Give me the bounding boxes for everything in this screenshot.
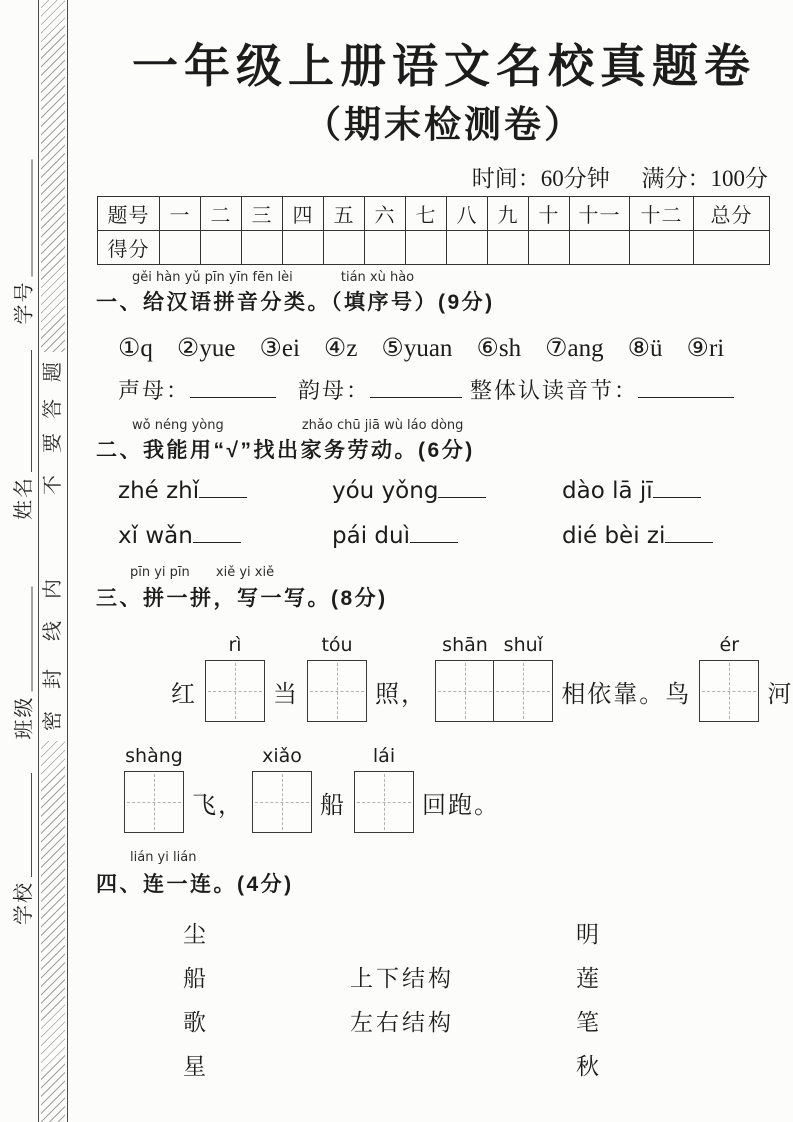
score-cell[interactable] — [630, 231, 694, 265]
score-cell[interactable] — [694, 231, 770, 265]
score-cell[interactable] — [324, 231, 365, 265]
q4-left-ge[interactable]: 歌 — [183, 1004, 209, 1037]
col-header: 十二 — [630, 197, 694, 231]
hatch-pattern-bottom — [41, 741, 65, 1122]
name-line[interactable] — [31, 350, 32, 472]
seal-line-strip: 题 答 要 不 内 线 封 密 — [38, 0, 68, 1122]
option-4: ④z — [324, 333, 358, 363]
table-row-score: 得分 — [98, 231, 770, 265]
exam-meta-line: 时间：60分钟 满分：100分 — [95, 160, 768, 193]
check-blank[interactable] — [665, 528, 713, 543]
option-8: ⑧ü — [628, 333, 663, 363]
class-field: 班级 — [10, 587, 36, 740]
q2-title: 二、我能用“√”找出家务劳动。(6分) — [96, 434, 475, 464]
score-cell[interactable] — [365, 231, 406, 265]
option-9: ⑨ri — [687, 333, 725, 363]
q4-pinyin: lián yi lián — [130, 850, 196, 865]
class-line[interactable] — [32, 587, 33, 692]
q4-right-lian[interactable]: 莲 — [576, 960, 602, 993]
q3-pinyin: pīn yi pīn xiě yi xiě — [130, 565, 274, 580]
option-5: ⑤yuan — [381, 333, 452, 363]
q4-right-ming[interactable]: 明 — [576, 916, 602, 949]
student-id-line[interactable] — [32, 160, 33, 277]
full-score: 满分：100分 — [642, 166, 769, 191]
q2-item-paidui: pái duì — [332, 523, 458, 549]
hanzi-text: 船 — [320, 785, 346, 820]
pinyin-label: rì — [196, 634, 274, 656]
time-limit: 时间：60分钟 — [472, 166, 610, 191]
q2-item-zhezhi: zhé zhǐ — [118, 478, 247, 504]
col-header: 八 — [447, 197, 488, 231]
pinyin-label: xiǎo — [243, 745, 321, 767]
score-cell[interactable] — [488, 231, 529, 265]
writing-box-shan[interactable]: shān — [435, 660, 495, 722]
answer-blank[interactable] — [370, 383, 462, 398]
col-header: 二 — [201, 197, 242, 231]
seal-char: 线 — [42, 617, 64, 645]
col-header: 九 — [488, 197, 529, 231]
q1-pinyin: gěi hàn yǔ pīn yīn fēn lèi tián xù hào — [132, 270, 414, 285]
q4-middle-left-right-structure[interactable]: 左右结构 — [350, 1004, 454, 1037]
option-6: ⑥sh — [476, 333, 521, 363]
q1-blank-finals: 韵母： — [298, 374, 462, 405]
writing-box-shang[interactable]: shàng — [124, 771, 184, 833]
school-line[interactable] — [31, 773, 32, 877]
q1-title: 一、给汉语拼音分类。（填序号）(9分) — [96, 286, 495, 316]
school-field: 学校 — [9, 773, 35, 925]
q2-item-youyong: yóu yǒng — [332, 478, 486, 504]
writing-box-pair: shān shuǐ — [435, 660, 553, 722]
q4-middle-top-bottom-structure[interactable]: 上下结构 — [350, 960, 454, 993]
pinyin-label: tóu — [298, 634, 376, 656]
col-header: 四 — [283, 197, 324, 231]
check-blank[interactable] — [438, 483, 486, 498]
score-cell[interactable] — [160, 231, 201, 265]
score-cell[interactable] — [283, 231, 324, 265]
writing-box-xiao[interactable]: xiǎo — [252, 771, 312, 833]
col-header: 六 — [365, 197, 406, 231]
q4-right-bi[interactable]: 笔 — [576, 1004, 602, 1037]
writing-box-er[interactable]: ér — [699, 660, 759, 722]
writing-box-shui[interactable]: shuǐ — [493, 660, 553, 722]
class-label: 班级 — [14, 696, 36, 740]
col-header: 五 — [324, 197, 365, 231]
col-header: 总分 — [694, 197, 770, 231]
seal-char: 要 — [42, 429, 64, 457]
seal-char: 密 — [42, 707, 64, 735]
q4-left-xing[interactable]: 星 — [183, 1048, 209, 1081]
hanzi-text: 河 — [767, 674, 793, 709]
col-header: 题号 — [98, 197, 160, 231]
check-blank[interactable] — [410, 528, 458, 543]
hanzi-text: 照， — [375, 674, 427, 709]
q2-item-xiwan: xǐ wǎn — [118, 523, 241, 549]
school-label: 学校 — [13, 881, 35, 925]
seal-char: 答 — [42, 395, 64, 423]
q3-title: 三、拼一拼，写一写。(8分) — [96, 582, 388, 612]
q4-right-qiu[interactable]: 秋 — [576, 1048, 602, 1081]
page-subtitle: （期末检测卷） — [95, 94, 793, 148]
hatch-pattern-top — [41, 0, 65, 352]
student-id-label: 学号 — [14, 281, 36, 325]
q3-line1: 红 rì 当 tóu 照， shān shuǐ 相依靠。鸟 ér 河 — [168, 660, 793, 722]
q2-item-diebeizi: dié bèi zi — [562, 523, 713, 549]
q1-blank-initials: 声母： — [118, 374, 276, 405]
hanzi-text: 飞， — [192, 785, 244, 820]
option-3: ③ei — [259, 333, 299, 363]
name-field: 姓名 — [9, 350, 35, 520]
q3-line2: shàng 飞， xiǎo 船 lái 回跑。 — [124, 771, 503, 833]
student-id-field: 学号 — [10, 160, 36, 325]
seal-char: 封 — [42, 665, 64, 693]
writing-box-lai[interactable]: lái — [354, 771, 414, 833]
q2-item-daolaji: dào lā jī — [562, 478, 701, 504]
pinyin-label: shuǐ — [484, 634, 562, 656]
answer-blank[interactable] — [190, 383, 276, 398]
score-row-label: 得分 — [98, 231, 160, 265]
q4-title: 四、连一连。(4分) — [96, 868, 294, 898]
table-row-header: 题号 一 二 三 四 五 六 七 八 九 十 十一 十二 总分 — [98, 197, 770, 231]
col-header: 三 — [242, 197, 283, 231]
option-7: ⑦ang — [545, 333, 604, 363]
col-header: 一 — [160, 197, 201, 231]
score-cell[interactable] — [529, 231, 570, 265]
score-cell[interactable] — [201, 231, 242, 265]
check-blank[interactable] — [193, 528, 241, 543]
q4-left-chuan[interactable]: 船 — [183, 960, 209, 993]
exam-paper-page: 学号 姓名 班级 学校 题 答 要 不 内 线 封 密 一年级上册语文名校真题卷… — [0, 0, 793, 1122]
score-cell[interactable] — [242, 231, 283, 265]
check-blank[interactable] — [199, 483, 247, 498]
score-cell[interactable] — [447, 231, 488, 265]
score-table: 题号 一 二 三 四 五 六 七 八 九 十 十一 十二 总分 得分 — [97, 196, 770, 265]
answer-blank[interactable] — [638, 383, 734, 398]
col-header: 十一 — [570, 197, 630, 231]
option-2: ②yue — [177, 333, 236, 363]
seal-char: 题 — [42, 358, 64, 386]
seal-char: 内 — [42, 575, 64, 603]
q4-left-chen[interactable]: 尘 — [183, 916, 209, 949]
pinyin-label: ér — [690, 634, 768, 656]
q1-blank-whole: 整体认读音节： — [470, 374, 734, 405]
col-header: 十 — [529, 197, 570, 231]
option-1: ①q — [118, 333, 153, 363]
writing-box-tou[interactable]: tóu — [307, 660, 367, 722]
pinyin-label: shàng — [115, 745, 193, 767]
hanzi-text: 红 — [171, 674, 197, 709]
check-blank[interactable] — [653, 483, 701, 498]
q2-pinyin: wǒ néng yòng zhǎo chū jiā wù láo dòng — [132, 418, 463, 433]
score-cell[interactable] — [570, 231, 630, 265]
name-label: 姓名 — [13, 476, 35, 520]
pinyin-label: lái — [345, 745, 423, 767]
seal-char: 不 — [42, 471, 64, 499]
page-title: 一年级上册语文名校真题卷 — [95, 30, 793, 96]
hanzi-text: 当 — [273, 674, 299, 709]
q1-options: ①q ②yue ③ei ④z ⑤yuan ⑥sh ⑦ang ⑧ü ⑨ri — [118, 333, 724, 363]
hanzi-text: 回跑。 — [422, 785, 500, 820]
writing-box-ri[interactable]: rì — [205, 660, 265, 722]
hanzi-text: 相依靠。鸟 — [561, 674, 691, 709]
score-cell[interactable] — [406, 231, 447, 265]
col-header: 七 — [406, 197, 447, 231]
